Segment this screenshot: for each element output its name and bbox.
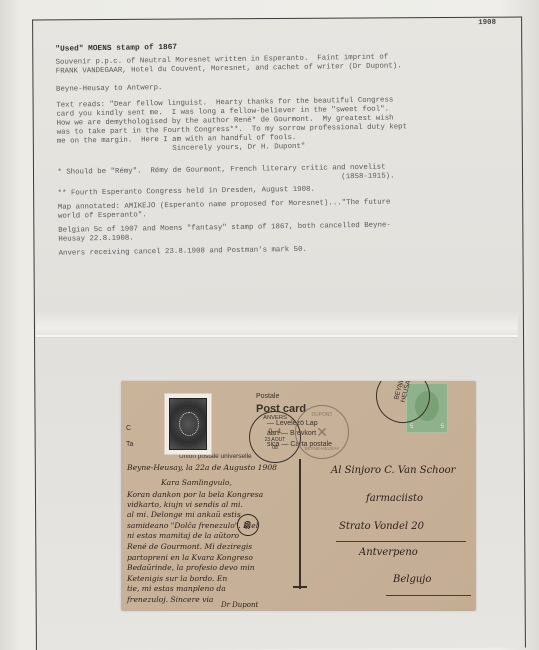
- cachet-bottom-text: BEYNE-HEUSAY: [296, 446, 348, 451]
- anvers-cancel-date: 23 AOUT: [250, 437, 300, 443]
- message-line: partopreni en la Kvara Kongreso: [127, 553, 253, 562]
- printed-left-c: C: [126, 425, 131, 432]
- paragraph-map: Map annotated: AMIKEJO (Esperanto name p…: [58, 199, 391, 222]
- stamp-value-right: 5: [441, 424, 444, 430]
- message-line: Ketenigis sur la bordo. En: [127, 574, 227, 583]
- footnote-remy: * Should be "Rémy". Rémy de Gourmont, Fr…: [57, 163, 394, 186]
- anvers-cancel-time: 0 - 1: [250, 428, 300, 435]
- address-line: farmaciisto: [366, 493, 423, 504]
- message-line: frenezuloj. Sincere via: [127, 595, 213, 604]
- album-page: 1908 "Used" MOENS stamp of 1867 Souvenir…: [0, 0, 539, 650]
- heusay-cancel-text: BEYNE-HEUSAY: [390, 381, 416, 414]
- message-line: Koran dankon por la bela Kongresa: [127, 490, 263, 499]
- postcard: Postale Post card — Levelezö Lap aart — …: [121, 381, 476, 611]
- footnote-congress: ** Fourth Esperanto Congress held in Dre…: [58, 186, 315, 199]
- message-line: Beyne-Heusay, la 22a de Augusto 1908: [127, 463, 277, 472]
- message-line: Bedaŭrinde, la profesio devo min: [127, 563, 255, 572]
- message-line: tie, mi estas manpleno da: [127, 584, 226, 593]
- paragraph-route: Beyne-Heusay to Antwerp.: [56, 84, 163, 95]
- message-line: Kara Samlingvulo,: [161, 478, 232, 487]
- message-line: ni estas mamitaj de la aŭtoro: [127, 531, 239, 540]
- card-divider-vertical: [299, 459, 301, 589]
- message-line: samideano "Dolĉa frenezulo". Kiel: [127, 521, 258, 530]
- description-sheet: 1908 "Used" MOENS stamp of 1867 Souvenir…: [40, 17, 514, 304]
- anvers-cancel-year: 08: [250, 445, 300, 451]
- paragraph-cancels: Anvers receiving cancel 23.8.1908 and Po…: [59, 246, 307, 259]
- message-line: vidkarto, kiujn vi sendis al mi.: [127, 500, 243, 509]
- address-underline: [386, 595, 471, 596]
- page-title: "Used" MOENS stamp of 1867: [55, 44, 177, 55]
- address-line: Antverpeno: [359, 547, 418, 558]
- signature: Dr Dupont: [221, 601, 258, 609]
- year-label: 1908: [478, 19, 496, 28]
- paragraph-text-reads: Text reads: "Dear fellow linguist. Heart…: [56, 96, 407, 156]
- card-divider-foot: [293, 586, 307, 588]
- printed-left-t: Ta: [126, 441, 133, 448]
- address-line: Al Sinjoro C. Van Schoor: [331, 465, 455, 476]
- address-line: Strato Vondel 20: [339, 521, 424, 532]
- anvers-cancel: ANVERS 0 - 1 23 AOUT 08: [249, 411, 301, 463]
- message-line: René de Gourmont. Mi deziregis: [127, 542, 252, 551]
- moens-stamp: [164, 393, 212, 455]
- address-line: Belgujo: [393, 574, 431, 585]
- message-line: al mi. Delonge mi ankaŭ estis: [127, 510, 241, 519]
- address-underline: [336, 541, 466, 542]
- paragraph-stamps: Belgian 5c of 1907 and Moens "fantasy" s…: [58, 222, 391, 245]
- anvers-cancel-town: ANVERS: [250, 415, 300, 421]
- printed-postale: Postale: [256, 393, 279, 400]
- moens-stamp-design-icon: [169, 398, 207, 450]
- stamp-value-left: 5: [410, 424, 413, 430]
- paragraph-souvenir: Souvenir p.p.c. of Neutral Moresnet writ…: [56, 53, 402, 77]
- mount-pocket-edge: [36, 335, 518, 337]
- writer-cachet: DUPONT ✕ BEYNE-HEUSAY: [295, 405, 349, 459]
- cachet-top-text: DUPONT: [296, 412, 348, 418]
- crossed-swords-icon: ✕: [296, 424, 348, 441]
